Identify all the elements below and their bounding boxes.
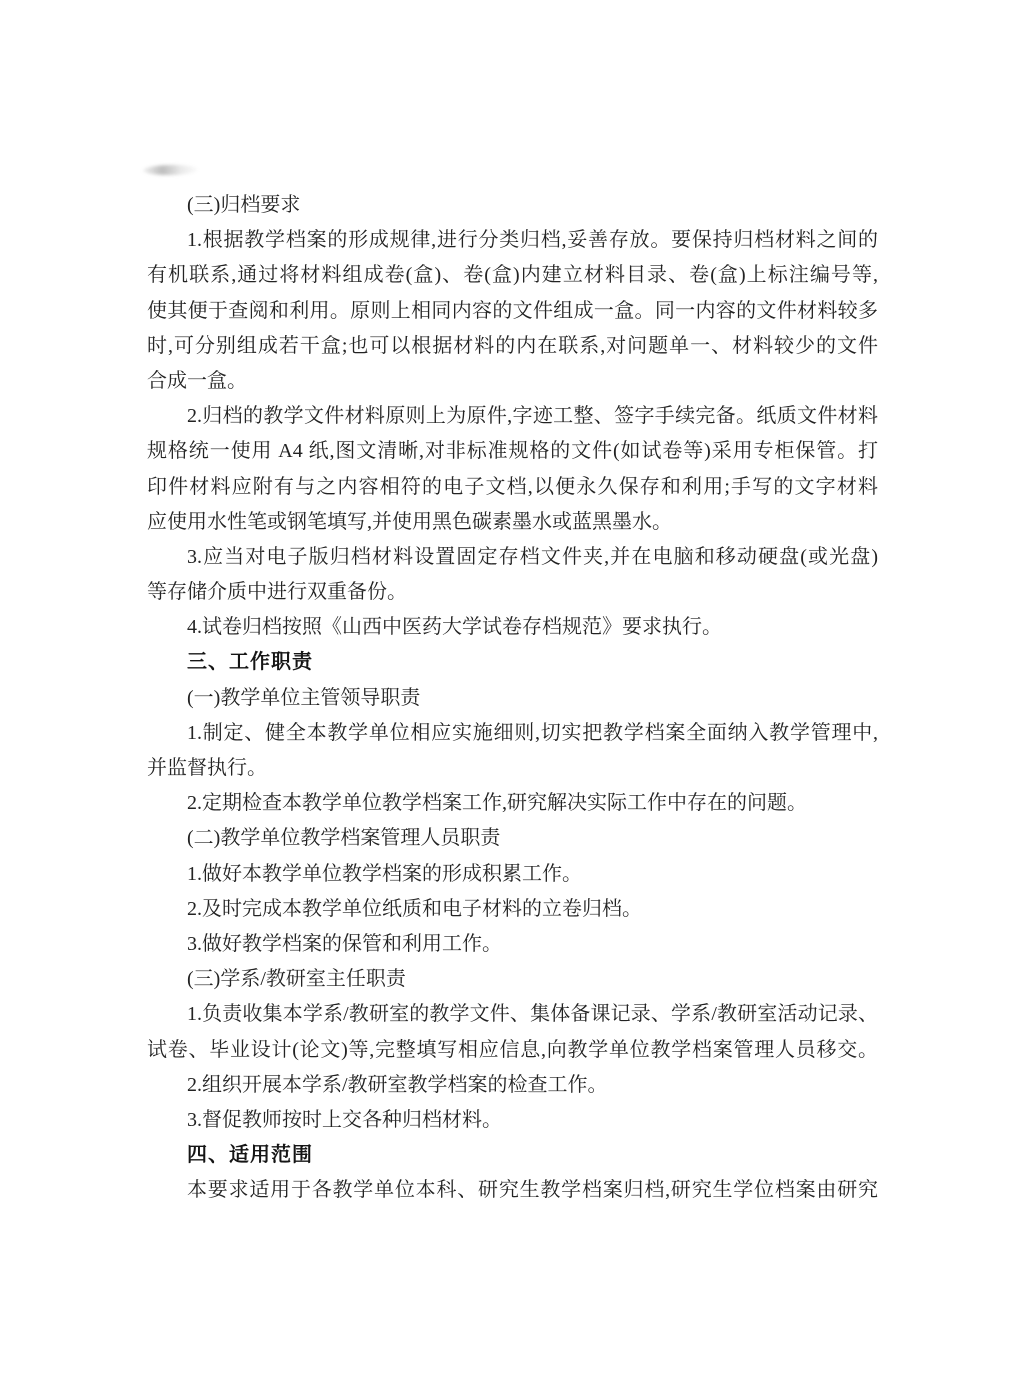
subsection-heading: (二)教学单位教学档案管理人员职责	[147, 821, 878, 856]
text-line: 本要求适用于各教学单位本科、研究生教学档案归档,研究生学位档案由研究	[147, 1173, 878, 1208]
text-line: 有机联系,通过将材料组成卷(盒)、卷(盒)内建立材料目录、卷(盒)上标注编号等,	[147, 258, 878, 293]
text-line: 3.应当对电子版归档材料设置固定存档文件夹,并在电脑和移动硬盘(或光盘)	[147, 540, 878, 575]
text-line: 3.做好教学档案的保管和利用工作。	[147, 927, 878, 962]
text-line: 4.试卷归档按照《山西中医药大学试卷存档规范》要求执行。	[147, 610, 878, 645]
text-line: 并监督执行。	[147, 751, 878, 786]
scan-smudge-artifact	[143, 165, 198, 176]
text-line: 2.定期检查本教学单位教学档案工作,研究解决实际工作中存在的问题。	[147, 786, 878, 821]
text-line: 规格统一使用 A4 纸,图文清晰,对非标准规格的文件(如试卷等)采用专柜保管。打	[147, 434, 878, 469]
text-line: 时,可分别组成若干盒;也可以根据材料的内在联系,对问题单一、材料较少的文件	[147, 329, 878, 364]
text-line: 1.做好本教学单位教学档案的形成积累工作。	[147, 857, 878, 892]
text-line: 应使用水性笔或钢笔填写,并使用黑色碳素墨水或蓝黑墨水。	[147, 505, 878, 540]
text-line: 1.制定、健全本教学单位相应实施细则,切实把教学档案全面纳入教学管理中,	[147, 716, 878, 751]
text-line: 1.根据教学档案的形成规律,进行分类归档,妥善存放。要保持归档材料之间的	[147, 223, 878, 258]
text-line: 等存储介质中进行双重备份。	[147, 575, 878, 610]
text-line: 合成一盒。	[147, 364, 878, 399]
text-line: 2.及时完成本教学单位纸质和电子材料的立卷归档。	[147, 892, 878, 927]
text-line: 3.督促教师按时上交各种归档材料。	[147, 1103, 878, 1138]
subsection-heading: (三)归档要求	[147, 188, 878, 223]
text-line: 2.归档的教学文件材料原则上为原件,字迹工整、签字手续完备。纸质文件材料	[147, 399, 878, 434]
subsection-heading: (一)教学单位主管领导职责	[147, 681, 878, 716]
text-line: 1.负责收集本学系/教研室的教学文件、集体备课记录、学系/教研室活动记录、	[147, 997, 878, 1032]
text-line: 印件材料应附有与之内容相符的电子文档,以便永久保存和利用;手写的文字材料	[147, 470, 878, 505]
document-page: (三)归档要求1.根据教学档案的形成规律,进行分类归档,妥善存放。要保持归档材料…	[0, 0, 1024, 1379]
document-text-block: (三)归档要求1.根据教学档案的形成规律,进行分类归档,妥善存放。要保持归档材料…	[147, 188, 878, 1208]
text-line: 2.组织开展本学系/教研室教学档案的检查工作。	[147, 1068, 878, 1103]
subsection-heading: (三)学系/教研室主任职责	[147, 962, 878, 997]
text-line: 使其便于查阅和利用。原则上相同内容的文件组成一盒。同一内容的文件材料较多	[147, 294, 878, 329]
section-heading: 四、适用范围	[147, 1138, 878, 1173]
section-heading: 三、工作职责	[147, 645, 878, 680]
text-line: 试卷、毕业设计(论文)等,完整填写相应信息,向教学单位教学档案管理人员移交。	[147, 1033, 878, 1068]
